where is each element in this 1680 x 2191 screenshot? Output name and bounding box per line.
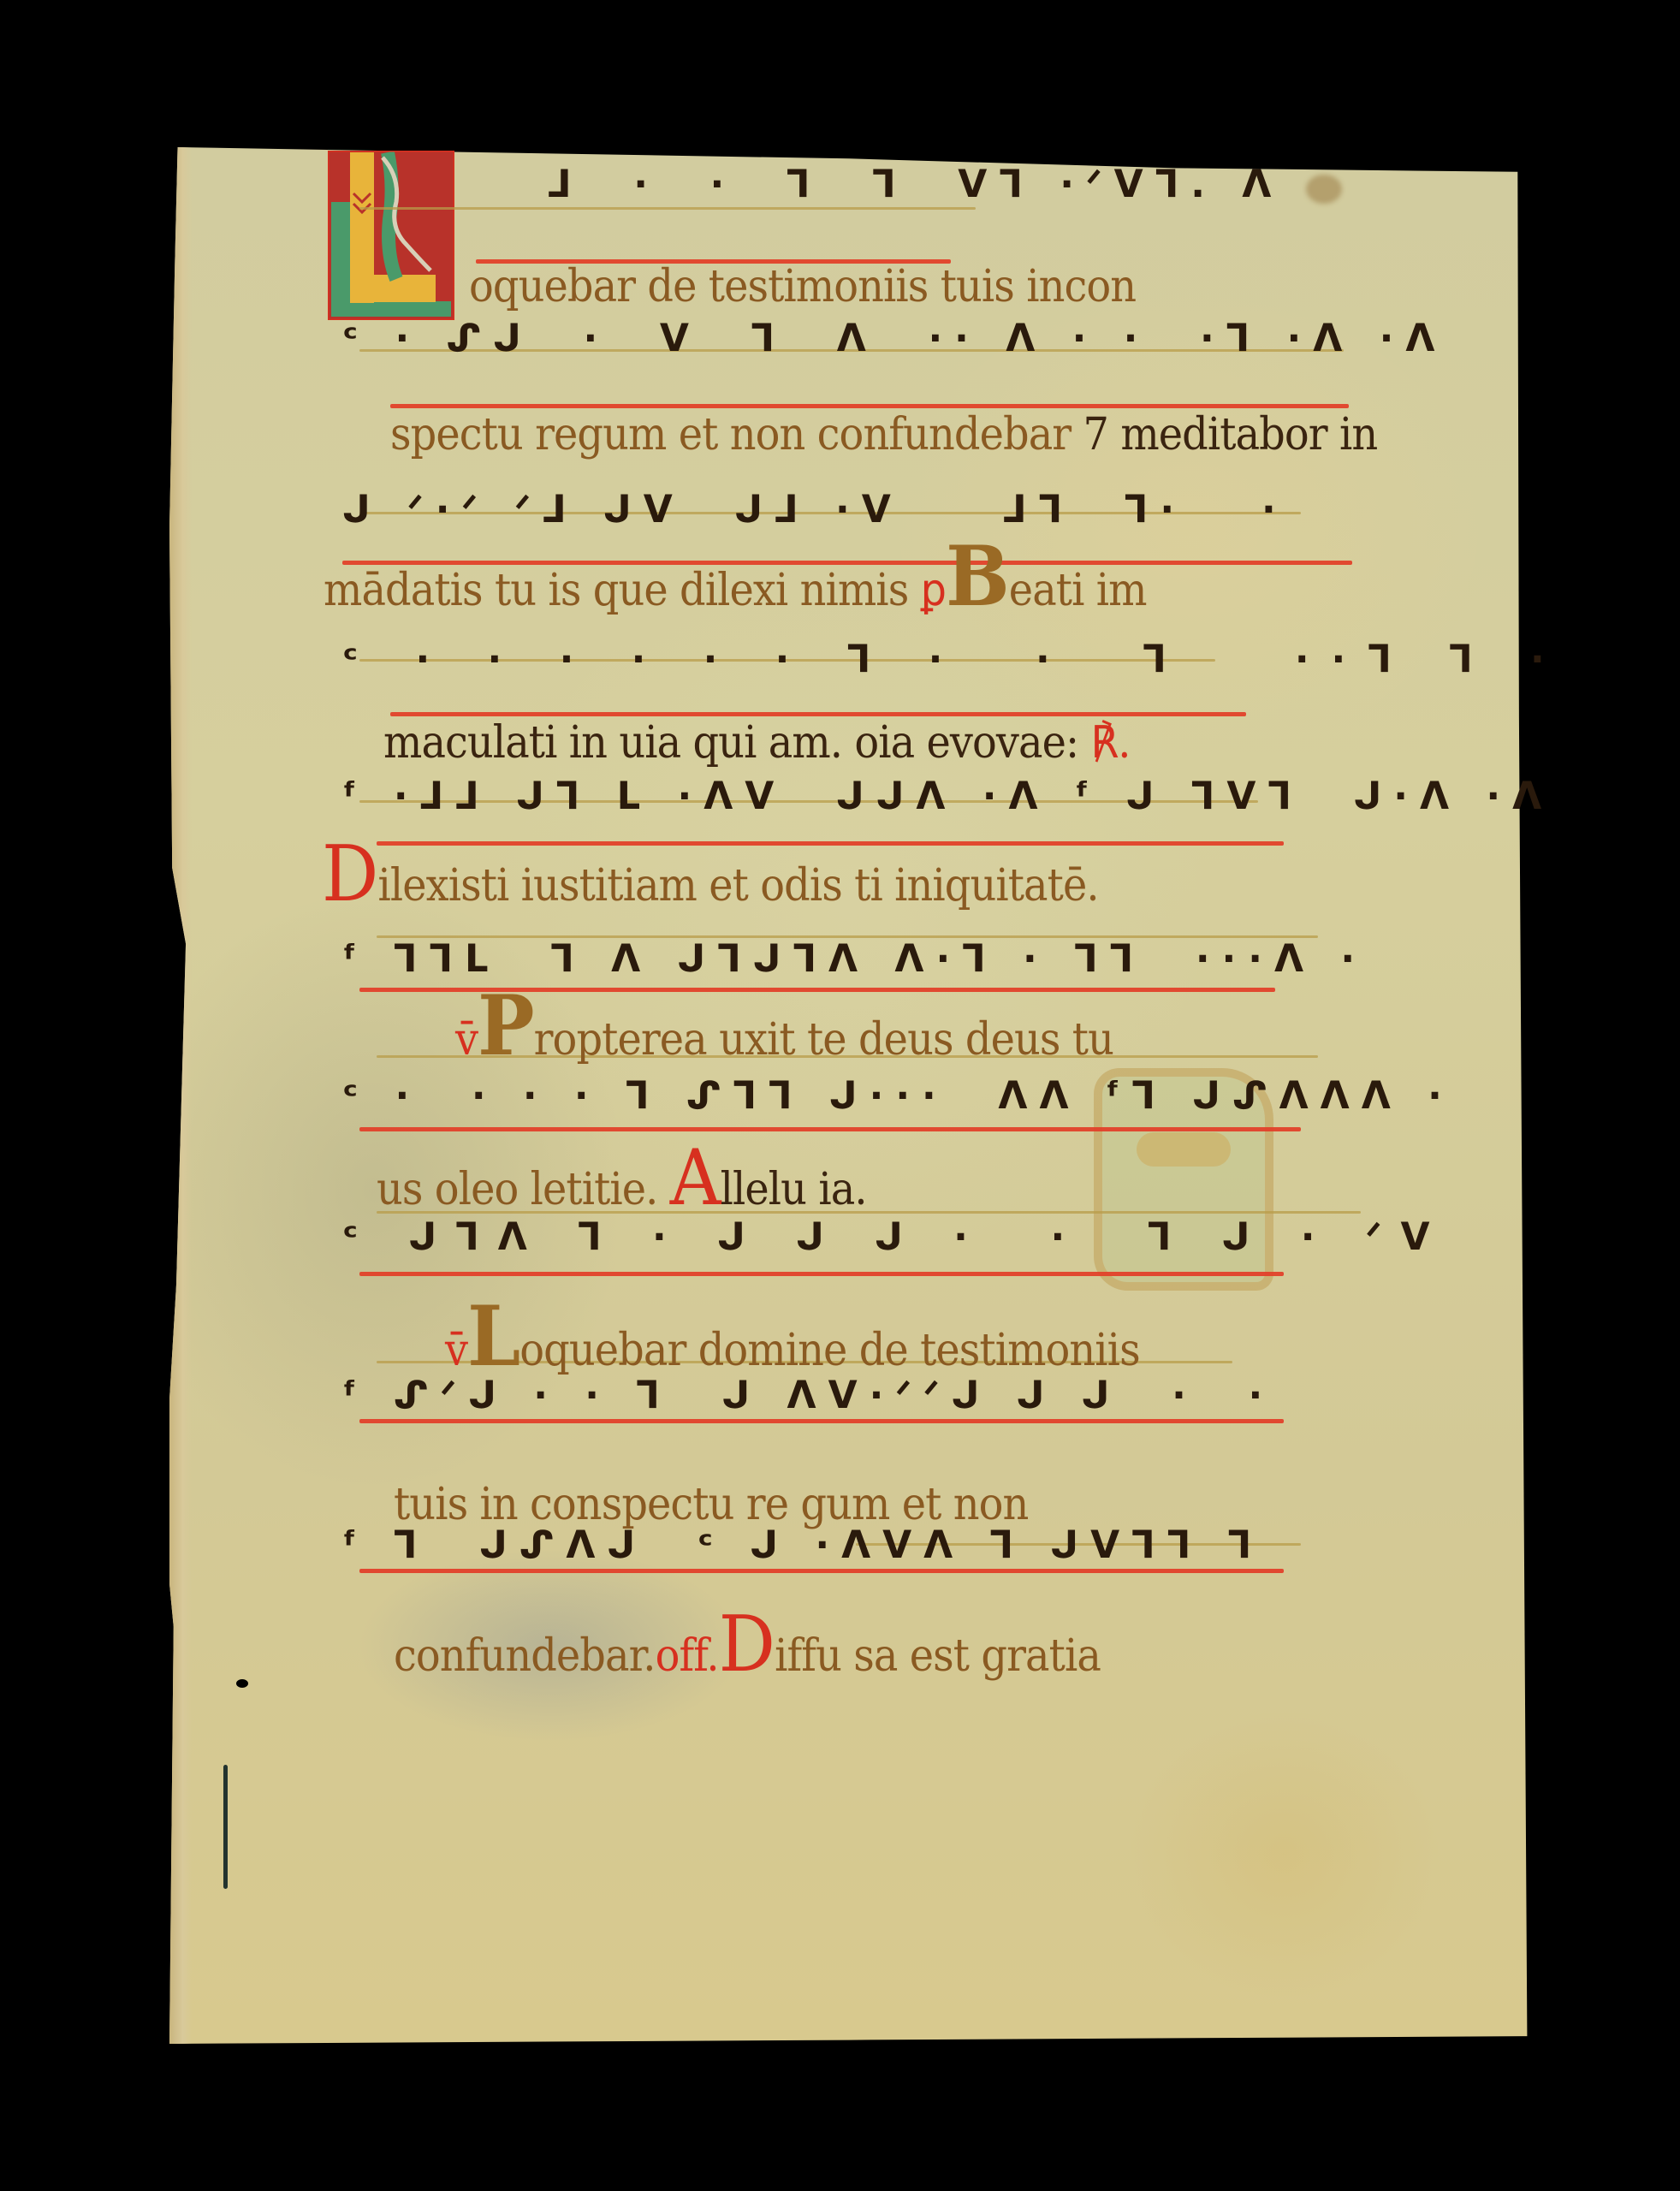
- rubric-responsory-mark: ℟.: [1078, 717, 1130, 769]
- illuminated-initial-L: [328, 151, 454, 320]
- worm-hole: [236, 1679, 248, 1688]
- edge-tear: [223, 1765, 228, 1889]
- rubric-offertory-mark: off.: [656, 1630, 719, 1682]
- text-line-4: maculati in uia qui am. oia evovae: ℟.: [383, 717, 1131, 769]
- rubric-verse-mark: v̄: [445, 1325, 467, 1376]
- neume-row-4: ᶜ · · · · · · ᒣ · · ᒣ ··ᒣ ᒣ ·: [342, 638, 1567, 681]
- initial-A: A: [670, 1133, 721, 1223]
- text-line-10: confundebar.off.Diffu sa est gratia: [394, 1630, 1101, 1682]
- text-line-1: oquebar de testimoniis tuis incon: [469, 261, 1136, 312]
- neume-row-1: ᒧ · · ᒣ ᒣ ᐯᒣ ·ᐟᐯᒣ. ᐱ: [548, 163, 1283, 206]
- text-line-5: Dilexisti iustitiam et odis ti iniquitat…: [322, 860, 1099, 911]
- lyric-text: gum et non: [800, 1479, 1028, 1530]
- rubric-psalm-mark: ꝑ: [921, 565, 946, 616]
- lyric-text: oquebar de testimoniis tuis incon: [469, 261, 1136, 312]
- neume-row-8: ᶜ ᒍᒣᐱ ᒣ · ᒍ ᒍ ᒍ · · ᒣ ᒍ · ᐟᐯ: [342, 1215, 1449, 1259]
- spacer: [788, 1479, 800, 1530]
- rubric-verse-mark: v̄: [455, 1014, 478, 1066]
- manuscript-image: ᒧ · · ᒣ ᒣ ᐯᒣ ·ᐟᐯᒣ. ᐱ ᶜ · ᔑᒍ · ᐯ ᒣ ᐱ ·· ᐱ…: [0, 0, 1680, 2191]
- neume-row-6: ᶠ ᒣᒣᒪ ᒣ ᐱ ᒍᒣᒍᒣᐱ ᐱ·ᒣ · ᒣᒣ ···ᐱ ·: [342, 937, 1367, 981]
- neume-row-2: ᶜ · ᔑᒍ · ᐯ ᒣ ᐱ ·· ᐱ · · ·ᒣ ·ᐱ ·ᐱ: [342, 317, 1446, 360]
- text-line-9: tuis in conspectu re gum et non: [394, 1479, 1028, 1530]
- text-line-2: spectu regum et non confundebar 7 medita…: [390, 409, 1377, 460]
- lyric-text: us oleo letitie.: [377, 1164, 657, 1215]
- neume-row-5: ᶠ ·ᒧᒧ ᒍᒣ ᒪ ·ᐱᐯ ᒍᒍᐱ ·ᐱ ᶠ ᒍ ᒣᐯᒣ ᒍ·ᐱ ·ᐱ: [342, 775, 1553, 818]
- lyric-text: oquebar domine de testimoniis: [519, 1325, 1139, 1376]
- ink-stain: [1306, 175, 1342, 204]
- lyric-text: iffu sa est gratia: [775, 1630, 1101, 1682]
- lyric-text: maculati in uia qui am. oia evovae:: [383, 717, 1078, 769]
- lyric-text: spectu regum et non confundebar: [390, 409, 1083, 460]
- lyric-text: mādatis tu is que dilexi nimis: [324, 565, 921, 616]
- lyric-text: eati im: [1009, 565, 1147, 616]
- bound-edge: [169, 147, 192, 2044]
- initial-P: P: [478, 977, 533, 1074]
- lyric-text: ilexisti iustitiam et odis ti iniquitatē…: [377, 860, 1098, 911]
- neume-row-3: ᒍ ᐟ·ᐟ ᐟᒧ ᒍᐯ ᒍᒧ ·ᐯ ᒧᒣ ᒣ· ·: [342, 488, 1288, 531]
- text-line-8: v̄Loquebar domine de testimoniis: [445, 1325, 1140, 1376]
- lyric-text: confundebar.: [394, 1630, 656, 1682]
- initial-D: D: [719, 1600, 775, 1689]
- lyric-text: ropterea uxit te deus deus tu: [534, 1014, 1113, 1066]
- initial-D: D: [322, 829, 377, 919]
- lyric-text-dark: 7 meditabor in: [1083, 409, 1378, 460]
- initial-L: L: [467, 1288, 519, 1385]
- neume-row-7: ᶜ · · · · ᒣ ᔑᒣᒣ ᒍ··· ᐱᐱ ᶠᒣ ᒍᔑᐱᐱᐱ ·: [342, 1074, 1454, 1118]
- text-line-6: v̄Propterea uxit te deus deus tu: [455, 1014, 1113, 1066]
- lyric-text: tuis in conspectu re: [394, 1479, 788, 1530]
- text-line-7: us oleo letitie. Allelu ia.: [377, 1164, 867, 1215]
- initial-B: B: [946, 528, 1009, 625]
- lyric-text: llelu ia.: [721, 1164, 867, 1215]
- spacer: [657, 1164, 669, 1215]
- text-line-3: mādatis tu is que dilexi nimis ꝑBeati im: [324, 565, 1147, 616]
